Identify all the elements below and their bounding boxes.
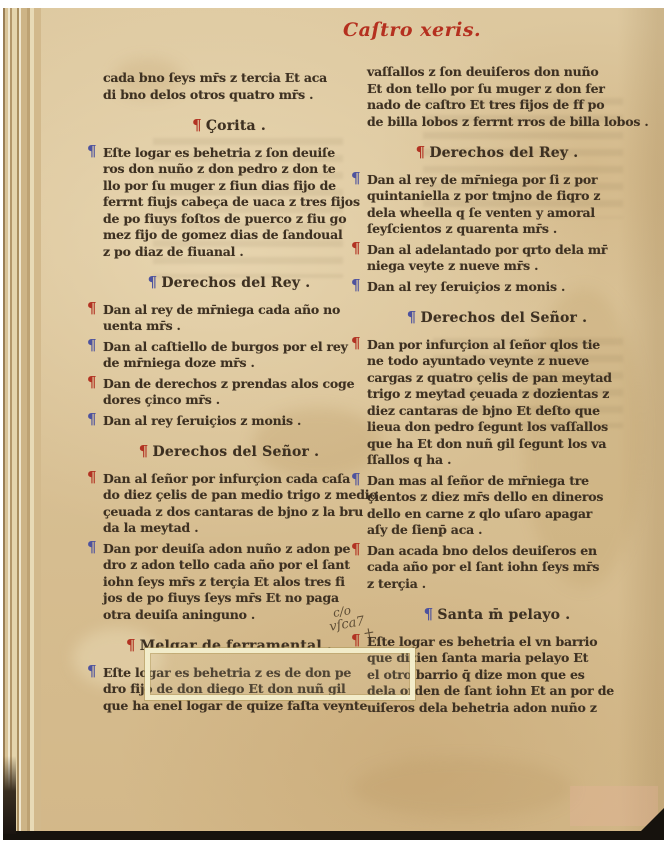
capitulum-icon: ¶ — [87, 337, 96, 354]
capitulum-icon: ¶ — [139, 442, 149, 460]
text-line: llo por ſu muger z fiun dias fijo de — [103, 178, 355, 195]
running-title: Caſtro xeris. — [343, 19, 481, 41]
text-line: Santa m̄ pelayo . — [437, 607, 570, 623]
text-line: ferrnt fiujs cabeça de uaca z tres fijos — [103, 194, 355, 211]
text-line: de billa lobos z ferrnt rros de billa lo… — [367, 114, 627, 131]
section-heading: ¶Çorita . — [103, 117, 355, 135]
capitulum-icon: ¶ — [87, 411, 96, 428]
text-line: trigo z meytad çeuada z dozientas z — [367, 386, 627, 403]
column-left: cada bno ſeys mr̄s z tercia Et acadi bno… — [103, 70, 355, 718]
text-line: que ha Et don nuñ gil ſegunt los va — [367, 436, 627, 453]
capitulum-icon: ¶ — [351, 541, 360, 558]
capitulum-icon: ¶ — [351, 335, 360, 352]
text-line: çientos z diez mr̄s dello en dineros — [367, 489, 627, 506]
capitulum-icon: ¶ — [87, 539, 96, 556]
text-line: cargas z quatro çelis de pan meytad — [367, 370, 627, 387]
paragraph: cada bno ſeys mr̄s z tercia Et acadi bno… — [103, 70, 355, 103]
text-line: lieua don pedro ſegunt los vaſſallos — [367, 419, 627, 436]
text-line: de mr̄niega doze mr̄s . — [103, 355, 355, 372]
section-heading: ¶Derechos del Señor . — [367, 309, 627, 327]
capitulum-icon: ¶ — [416, 143, 426, 161]
text-line: dello en carne z qlo uſaro apagar — [367, 506, 627, 523]
text-line: Dan por deuiſa adon nuño z adon pe — [103, 541, 355, 558]
paragraph: ¶Dan al rey de mr̄niega por ſi z porquin… — [367, 172, 627, 238]
text-line: do diez çelis de pan medio trigo z medio — [103, 487, 355, 504]
text-line: Eſte logar es behetria z ſon deuiſe — [103, 145, 355, 162]
text-line: vaſſallos z ſon deuiſeros don nuño — [367, 64, 627, 81]
parchment-stain — [353, 758, 573, 818]
capitulum-icon: ¶ — [351, 170, 360, 187]
text-line: jos de po fiuys ſeys mr̄s Et no paga — [103, 590, 355, 607]
capitulum-icon: ¶ — [87, 469, 96, 486]
book-fore-edge — [3, 8, 41, 840]
text-line: Dan al rey de mr̄niega por ſi z por — [367, 172, 627, 189]
text-line: ſeyſcientos z quarenta mr̄s . — [367, 221, 627, 238]
text-line: z po diaz de fiuanal . — [103, 244, 355, 261]
photo-background-corner — [3, 756, 16, 834]
text-line: Derechos del Señor . — [153, 444, 320, 460]
text-line: ſſallos q ha . — [367, 452, 627, 469]
text-line: di bno delos otros quatro mr̄s . — [103, 87, 355, 104]
text-line: dela wheella q ſe venten y amoral — [367, 205, 627, 222]
text-line: çeuada z dos cantaras de bjno z la bru — [103, 504, 355, 521]
text-line: dores çinco mr̄s . — [103, 392, 355, 409]
text-line: Derechos del Rey . — [429, 145, 578, 161]
paragraph: ¶Dan al rey ſeruiçios z monis . — [367, 279, 627, 296]
paragraph: ¶Dan por deuiſa adon nuño z adon pedro z… — [103, 541, 355, 624]
section-heading: ¶Santa m̄ pelayo . — [367, 606, 627, 624]
text-line: cada año por el ſant iohn ſeys mr̄s — [367, 559, 627, 576]
paragraph: vaſſallos z ſon deuiſeros don nuñoEt don… — [367, 64, 627, 130]
capitulum-icon: ¶ — [424, 605, 434, 623]
text-line: Derechos del Señor . — [421, 310, 588, 326]
section-heading: ¶Derechos del Rey . — [367, 144, 627, 162]
capitulum-icon: ¶ — [87, 663, 96, 680]
section-heading: ¶Derechos del Rey . — [103, 274, 355, 292]
paragraph: ¶Dan al rey ſeruiçios z monis . — [103, 413, 355, 430]
text-line: Dan acada bno delos deuiſeros en — [367, 543, 627, 560]
text-line: ne todo ayuntado veynte z nueve — [367, 353, 627, 370]
capitulum-icon: ¶ — [407, 308, 417, 326]
text-line: uenta mr̄s . — [103, 318, 355, 335]
text-line: Dan al caſtiello de burgos por el rey — [103, 339, 355, 356]
paragraph: ¶Dan por infurçion al ſeñor qlos tiene t… — [367, 337, 627, 469]
capitulum-icon: ¶ — [87, 300, 96, 317]
color-calibration-patch — [570, 786, 658, 826]
text-line: niega veyte z nueve mr̄s . — [367, 258, 627, 275]
capitulum-icon: ¶ — [351, 277, 360, 294]
text-line: diez cantaras de bjno Et deſto que — [367, 403, 627, 420]
screenshot-canvas: Caſtro xeris. cada bno ſeys mr̄s z terci… — [0, 0, 668, 850]
text-line: dro z adon tello cada año por el ſant — [103, 557, 355, 574]
text-line: quintaniella z por tmjno de fiqro z — [367, 188, 627, 205]
text-line: Çorita . — [206, 118, 266, 134]
text-line: Et don tello por ſu muger z don fer — [367, 81, 627, 98]
section-heading: ¶Derechos del Señor . — [103, 443, 355, 461]
photo-background-band — [3, 831, 664, 840]
paragraph: ¶Dan al ſeñor por infurçion cada caſado … — [103, 471, 355, 537]
text-line: Dan al rey de mr̄niega cada año no — [103, 302, 355, 319]
text-line: ros don nuño z don pedro z don te — [103, 161, 355, 178]
paragraph: ¶Dan al caſtiello de burgos por el reyde… — [103, 339, 355, 372]
paragraph: ¶Dan acada bno delos deuiſeros encada añ… — [367, 543, 627, 593]
highlight-box — [145, 648, 415, 700]
text-line: Dan al rey ſeruiçios z monis . — [103, 413, 355, 430]
text-line: Dan por infurçion al ſeñor qlos tie — [367, 337, 627, 354]
text-line: Dan al adelantado por qrto dela mr̄ — [367, 242, 627, 259]
text-line: z terçia . — [367, 576, 627, 593]
column-right: vaſſallos z ſon deuiſeros don nuñoEt don… — [367, 64, 627, 720]
capitulum-icon: ¶ — [126, 636, 136, 654]
text-line: de po fiuys foſtos de puerco z fiu go — [103, 211, 355, 228]
capitulum-icon: ¶ — [351, 471, 360, 488]
text-line: cada bno ſeys mr̄s z tercia Et aca — [103, 70, 355, 87]
text-line: Dan al ſeñor por infurçion cada caſa — [103, 471, 355, 488]
paragraph: ¶Dan al adelantado por qrto dela mr̄nieg… — [367, 242, 627, 275]
capitulum-icon: ¶ — [87, 374, 96, 391]
paragraph: ¶Eſte logar es behetria z ſon deuiſeros … — [103, 145, 355, 261]
paragraph: ¶Dan de derechos z prendas alos cogedore… — [103, 376, 355, 409]
paragraph: ¶Dan mas al ſeñor de mr̄niega treçientos… — [367, 473, 627, 539]
capitulum-icon: ¶ — [148, 273, 158, 291]
capitulum-icon: ¶ — [351, 240, 360, 257]
text-line: nado de caſtro Et tres fijos de ff po — [367, 97, 627, 114]
text-line: Dan mas al ſeñor de mr̄niega tre — [367, 473, 627, 490]
capitulum-icon: ¶ — [87, 143, 96, 160]
text-line: uiſeros dela behetria adon nuño z — [367, 700, 627, 717]
manuscript-page: Caſtro xeris. cada bno ſeys mr̄s z terci… — [3, 8, 664, 840]
text-line: aſy de ſienp̄ aca . — [367, 522, 627, 539]
text-line: da la meytad . — [103, 520, 355, 537]
text-line: Dan de derechos z prendas alos coge — [103, 376, 355, 393]
capitulum-icon: ¶ — [192, 116, 202, 134]
text-line: otra deuiſa aninguno . — [103, 607, 355, 624]
text-line: mez fijo de gomez dias de ſandoual — [103, 227, 355, 244]
text-line: Dan al rey ſeruiçios z monis . — [367, 279, 627, 296]
text-line: iohn ſeys mr̄s z terçia Et alos tres fi — [103, 574, 355, 591]
paragraph: ¶Dan al rey de mr̄niega cada año nouenta… — [103, 302, 355, 335]
text-line: Derechos del Rey . — [161, 275, 310, 291]
